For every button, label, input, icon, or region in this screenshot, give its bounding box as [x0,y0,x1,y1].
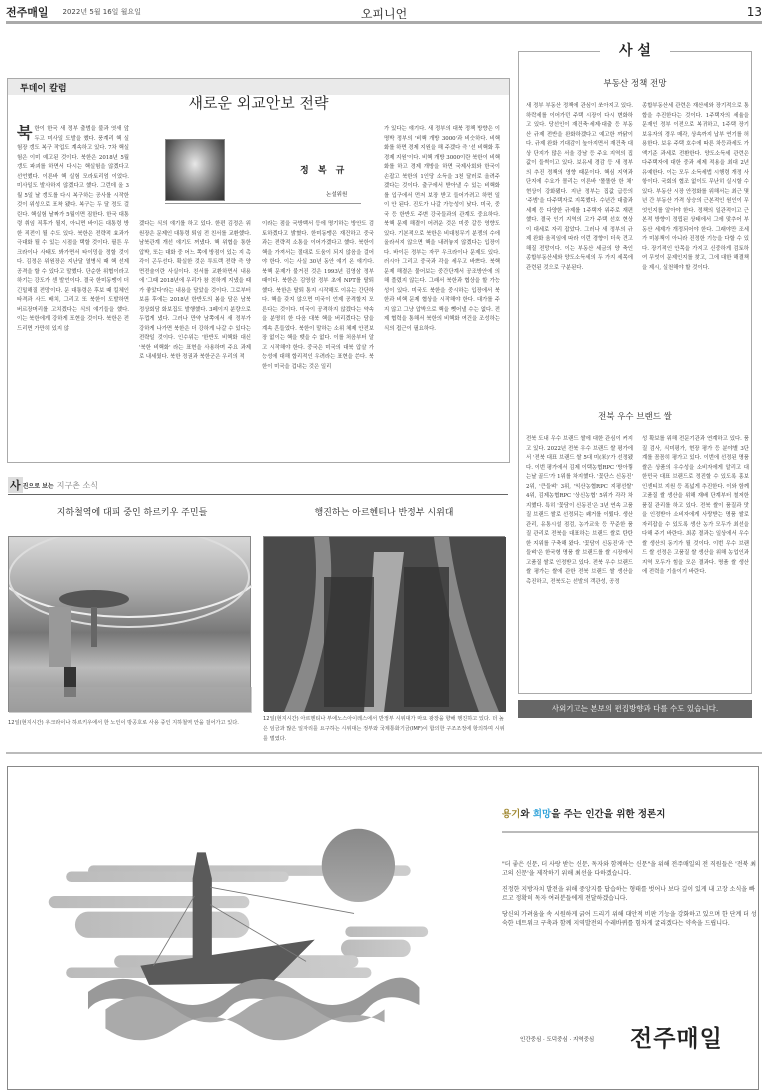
disclaimer-banner: 사외기고는 본보의 편집방향과 다를 수도 있습니다. [518,700,752,718]
ad-paragraph: 당신의 가려움을 속 시원하게 긁어 드리기 위해 대안적 비판 기능을 강화하… [502,910,758,929]
column-title: 새로운 외교안보 전략 [7,92,510,113]
ad-logo: 전주매일 [630,1020,723,1053]
column-text-col3: 이라는 점을 국방백서 등에 명기하는 방안도 검토하겠다고 밝혔다. 한미동맹… [262,220,374,460]
photo-caption-1: 12일(현지시간) 우크라이나 하르키우에서 한 노인이 방공호로 사용 중인 … [8,718,258,728]
editorial-2-col2: 성 확보를 위해 전문기관과 연계하고 있다. 품질 검사, 식미평가, 현장 … [642,435,749,690]
column-text-col2: 겠다는 식의 얘기를 하고 있다. 한편 김정은 위원장은 문제인 대통령 퇴임… [139,220,251,460]
photo-argentina-protest [263,536,505,711]
photo-news-header: 사 진으로 보는 지구촌 소식 [8,476,508,495]
author-role: 논설위원 [326,190,347,198]
photo-caption-2: 12일(현지시간) 아르헨티나 부에노스아이레스에서 반정부 시위대가 마요 광… [263,714,508,744]
ad-paragraph: 진정한 지방자치 발전을 위해 중앙지를 답습하는 형태를 벗어나 보다 깊이 … [502,885,758,904]
slogan-divider [502,831,758,833]
editorial-title-1: 부동산 정책 전망 [518,77,752,89]
photo-title-1: 지하철역에 대피 중인 하르키우 주민들 [8,505,256,518]
masthead-divider [6,21,762,24]
slogan-courage: 용기 [502,809,520,820]
dropcap: 북 [17,125,32,141]
column-text-col1: 북한이 한국 새 정부 출범을 불과 엿새 앞두고 미사일 도발을 했다. 풍계… [17,125,129,460]
photo-title-2: 행진하는 아르헨티나 반정부 시위대 [260,505,508,518]
editorial-label: 사 설 [600,40,670,60]
editorial-1-col1: 새 정부 부동산 정책에 관심이 쏘아지고 있다. 하락세를 이어가던 주택 시… [526,102,633,382]
column-text-col4: 가 있다는 얘기다. 새 정부의 대북 정책 방향은 이명박 정부의 '비핵 개… [384,125,500,460]
ad-motto: 인간중심 · 도덕중심 · 지역중심 [520,1035,594,1043]
ad-paragraph: "더 좋은 신문, 더 사랑 받는 신문, 독자와 함께하는 신문"을 위해 전… [502,860,758,879]
slogan-hope: 희망 [533,809,551,820]
ad-body: "더 좋은 신문, 더 사랑 받는 신문, 독자와 함께하는 신문"을 위해 전… [502,860,758,934]
author-divider [165,203,361,204]
page-number: 13 [747,5,762,19]
masthead: 전주매일 2022년 5월 16일 월요일 오피니언 13 [6,2,762,22]
ad-slogan: 용기와 희망을 주는 인간을 위한 정론지 [502,806,665,820]
editorial-1-col2: 종합부동산세 관련은 재산세와 장기적으로 통합을 추진한다는 것이다. 1주택… [642,102,749,382]
editorial-2-col1: 전북 도내 우수 브랜드 쌀에 대한 관심이 커지고 있다. 2022년 전북 … [526,435,633,690]
photo-news-header-light: 지구촌 소식 [57,480,98,491]
author-portrait [165,139,225,201]
photo-news-header-initial: 사 [8,477,23,493]
protest-photo-graphic [264,537,506,712]
ad-divider [6,752,762,754]
photo-news-header-mid: 진으로 보는 [23,481,54,490]
sailboat-illustration [20,800,470,1080]
section-title: 오피니언 [6,5,762,22]
photo-kharkiv-subway [8,536,251,712]
subway-photo-graphic [9,537,252,713]
author-name: 정 복 규 [300,163,347,176]
editorial-title-2: 전북 우수 브랜드 쌀 [518,410,752,422]
